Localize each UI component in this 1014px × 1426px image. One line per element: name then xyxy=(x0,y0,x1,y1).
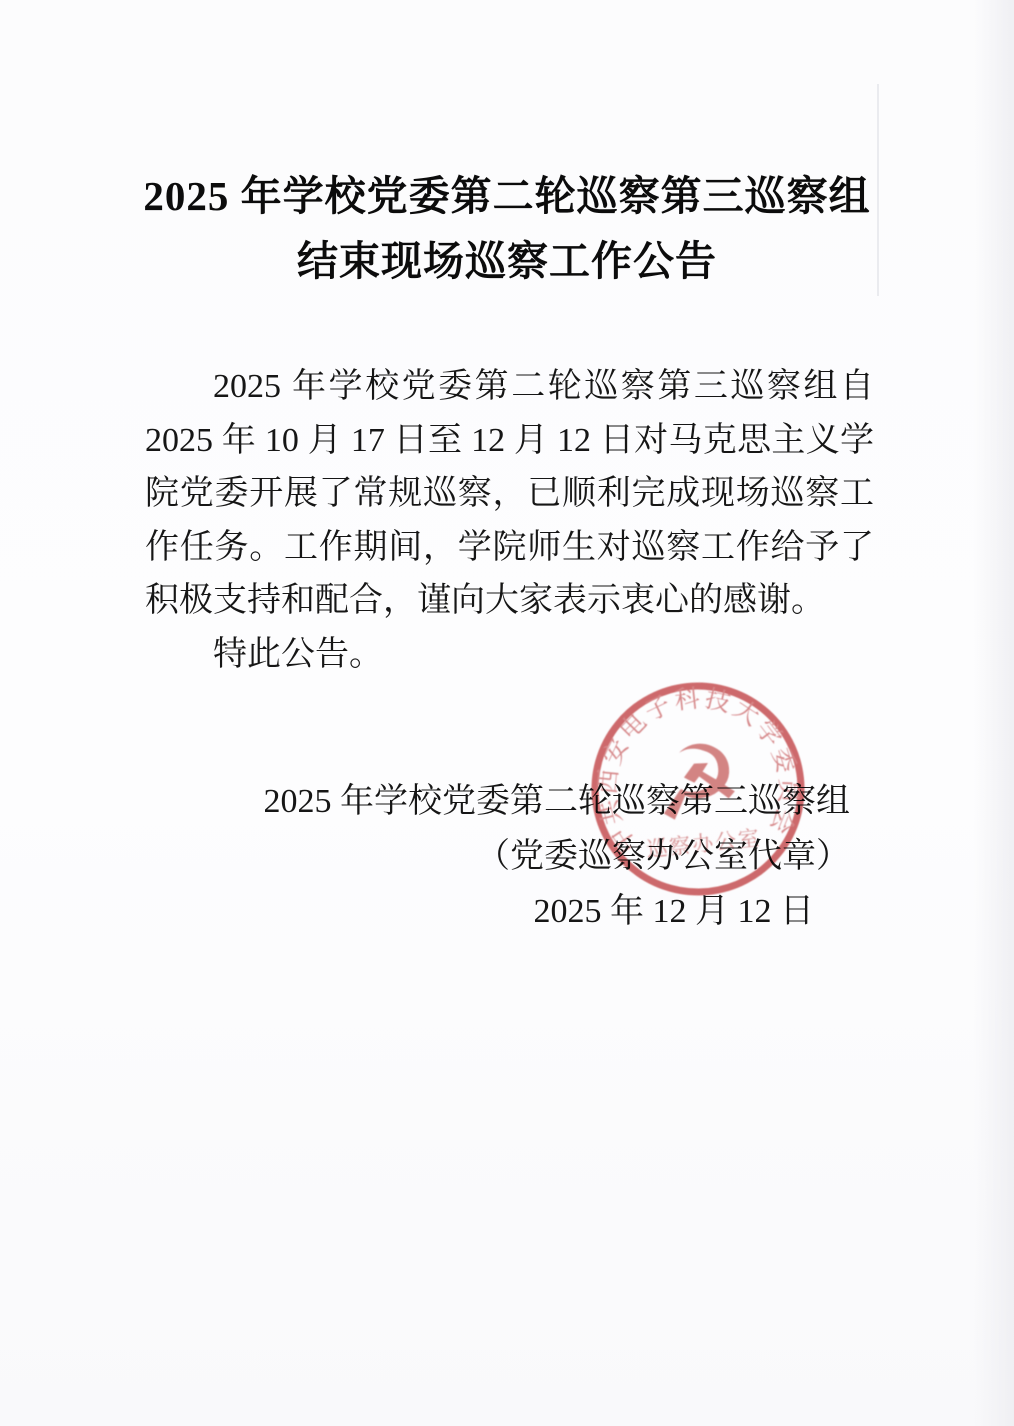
signature-block: 2025 年学校党委第二轮巡察第三巡察组 （党委巡察办公室代章） 2025 年 … xyxy=(0,774,1014,939)
signature-date: 2025 年 12 月 12 日 xyxy=(0,884,814,939)
document-title-line1: 2025 年学校党委第二轮巡察第三巡察组 xyxy=(143,173,870,219)
announcement-page: 2025 年学校党委第二轮巡察第三巡察组 结束现场巡察工作公告 2025 年学校… xyxy=(0,0,1014,1426)
body-paragraph-main: 2025 年学校党委第二轮巡察第三巡察组自 2025 年 10 月 17 日至 … xyxy=(145,360,874,628)
scan-artifact-line xyxy=(877,84,879,296)
document-body: 2025 年学校党委第二轮巡察第三巡察组自 2025 年 10 月 17 日至 … xyxy=(145,360,874,681)
body-paragraph-closing: 特此公告。 xyxy=(145,628,874,682)
document-title: 2025 年学校党委第二轮巡察第三巡察组 结束现场巡察工作公告 xyxy=(0,0,1014,294)
signature-seal-note: （党委巡察办公室代章） xyxy=(0,829,850,884)
signature-organization: 2025 年学校党委第二轮巡察第三巡察组 xyxy=(0,774,850,829)
document-title-line2: 结束现场巡察工作公告 xyxy=(297,238,717,284)
